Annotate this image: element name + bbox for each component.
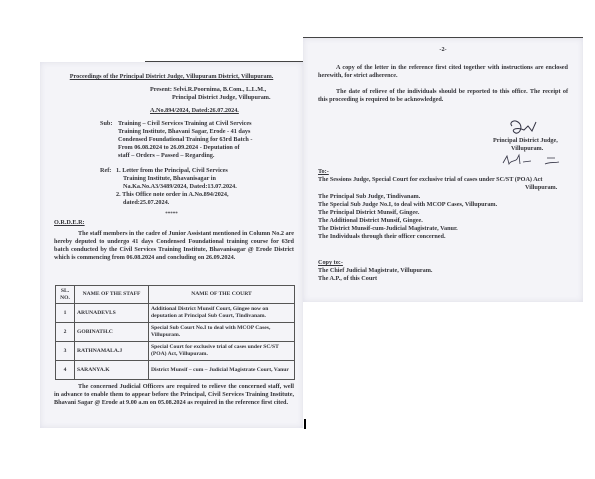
page-edge-line <box>145 61 303 62</box>
cell-court: Special Court for exclusive trial of cas… <box>149 342 295 361</box>
signatory-title: Principal District Judge, <box>493 137 558 145</box>
table-row: 3 RATHNAMALA.J Special Court for exclusi… <box>56 342 295 361</box>
text-cursor <box>304 419 306 429</box>
initials-icon <box>501 153 571 167</box>
sub-line: staff – Orders – Passed – Regarding. <box>118 152 214 160</box>
ref-line: Na.Ka.No.A3/3489/2024, Dated:13.07.2024. <box>123 183 237 191</box>
cell-sl: 4 <box>56 361 75 380</box>
cell-sl: 3 <box>56 342 75 361</box>
copy-recipient: The Chief Judicial Magistrate, Villupura… <box>318 267 432 275</box>
sub-line: From 06.08.2024 to 26.09.2024 - Deputati… <box>118 144 240 152</box>
staff-table: SL. NO. NAME OF THE STAFF NAME OF THE CO… <box>55 285 295 380</box>
table-row: 4 SARANYA.K District Munsif – cum – Judi… <box>56 361 295 380</box>
present-line-1: Present: Selvi.R.Poornima, B.Com., L.L.M… <box>150 86 266 94</box>
recipient-item: The Sessions Judge, Special Court for ex… <box>318 176 542 184</box>
recipient-item: The Principal Sub Judge, Tindivanam. <box>318 193 420 201</box>
ref-line: 1. Letter from the Principal, Civil Serv… <box>116 167 228 175</box>
ref-line: dated:25.07.2024. <box>123 199 169 207</box>
document-page-1: Proceedings of the Principal District Ju… <box>40 62 303 428</box>
column-header-court: NAME OF THE COURT <box>149 286 295 304</box>
recipient-item: The Additional District Munsif, Gingee. <box>318 217 423 225</box>
sub-line: Training Institute, Bhavani Sagar, Erode… <box>118 128 250 136</box>
cell-sl: 1 <box>56 304 75 323</box>
recipient-item-cont: Villupuram. <box>525 184 557 192</box>
to-label: To:- <box>318 168 329 176</box>
recipient-item: The Principal District Munsif, Gingee. <box>318 209 419 217</box>
sub-label: Sub: <box>100 120 112 128</box>
page-edge-line <box>303 37 583 38</box>
cell-court: District Munsif – cum – Judicial Magistr… <box>149 361 295 380</box>
sub-line: Condensed Foundational Training for 63rd… <box>118 136 252 144</box>
order-paragraph: The staff members in the cadre of Junior… <box>54 230 294 262</box>
copy-to-label: Copy to:- <box>318 259 343 267</box>
table-header-row: SL. NO. NAME OF THE STAFF NAME OF THE CO… <box>56 286 295 304</box>
cell-court: Additional District Munsif Court, Gingee… <box>149 304 295 323</box>
recipient-item: The Special Sub Judge No.I, to deal with… <box>318 201 497 209</box>
cell-sl: 2 <box>56 323 75 342</box>
cell-court: Special Sub Court No.I to deal with MCOP… <box>149 323 295 342</box>
signatory-place: Villupuram. <box>511 145 543 153</box>
table-row: 2 GOBINATH.C Special Sub Court No.I to d… <box>56 323 295 342</box>
recipient-item: The District Munsif-cum-Judicial Magistr… <box>318 225 458 233</box>
ref-line: Training Institute, Bhavanisagar in <box>123 175 216 183</box>
document-page-2: -2- A copy of the letter in the referenc… <box>303 38 583 302</box>
cell-staff-name: GOBINATH.C <box>75 323 149 342</box>
cell-staff-name: ARUNADEVI.S <box>75 304 149 323</box>
copy-recipient: The A.P., of this Court <box>318 275 377 283</box>
present-line-2: Principal District Judge, Villupuram. <box>172 94 271 102</box>
separator-stars: ***** <box>40 211 303 219</box>
column-header-staff: NAME OF THE STAFF <box>75 286 149 304</box>
column-header-sl: SL. NO. <box>56 286 75 304</box>
recipient-item: The Individuals through their officer co… <box>318 233 446 241</box>
proceedings-heading: Proceedings of the Principal District Ju… <box>40 73 303 81</box>
table-row: 1 ARUNADEVI.S Additional District Munsif… <box>56 304 295 323</box>
paragraph-date-of-relieve: The date of relieve of the individuals s… <box>318 88 568 104</box>
cell-staff-name: SARANYA.K <box>75 361 149 380</box>
cell-staff-name: RATHNAMALA.J <box>75 342 149 361</box>
paragraph-copy-letter: A copy of the letter in the reference fi… <box>318 64 568 80</box>
order-heading: O.R.D.E.R: <box>54 219 85 227</box>
ref-label: Ref: <box>100 167 111 175</box>
ref-line: 2. This Office note order in A.No.894/20… <box>116 191 229 199</box>
order-number: A.No.894/2024, Dated:26.07.2024. <box>150 107 239 115</box>
page-number: -2- <box>303 46 583 54</box>
closing-paragraph: The concerned Judicial Officers are requ… <box>54 383 294 407</box>
sub-line: Training – Civil Services Training at Ci… <box>118 120 252 128</box>
